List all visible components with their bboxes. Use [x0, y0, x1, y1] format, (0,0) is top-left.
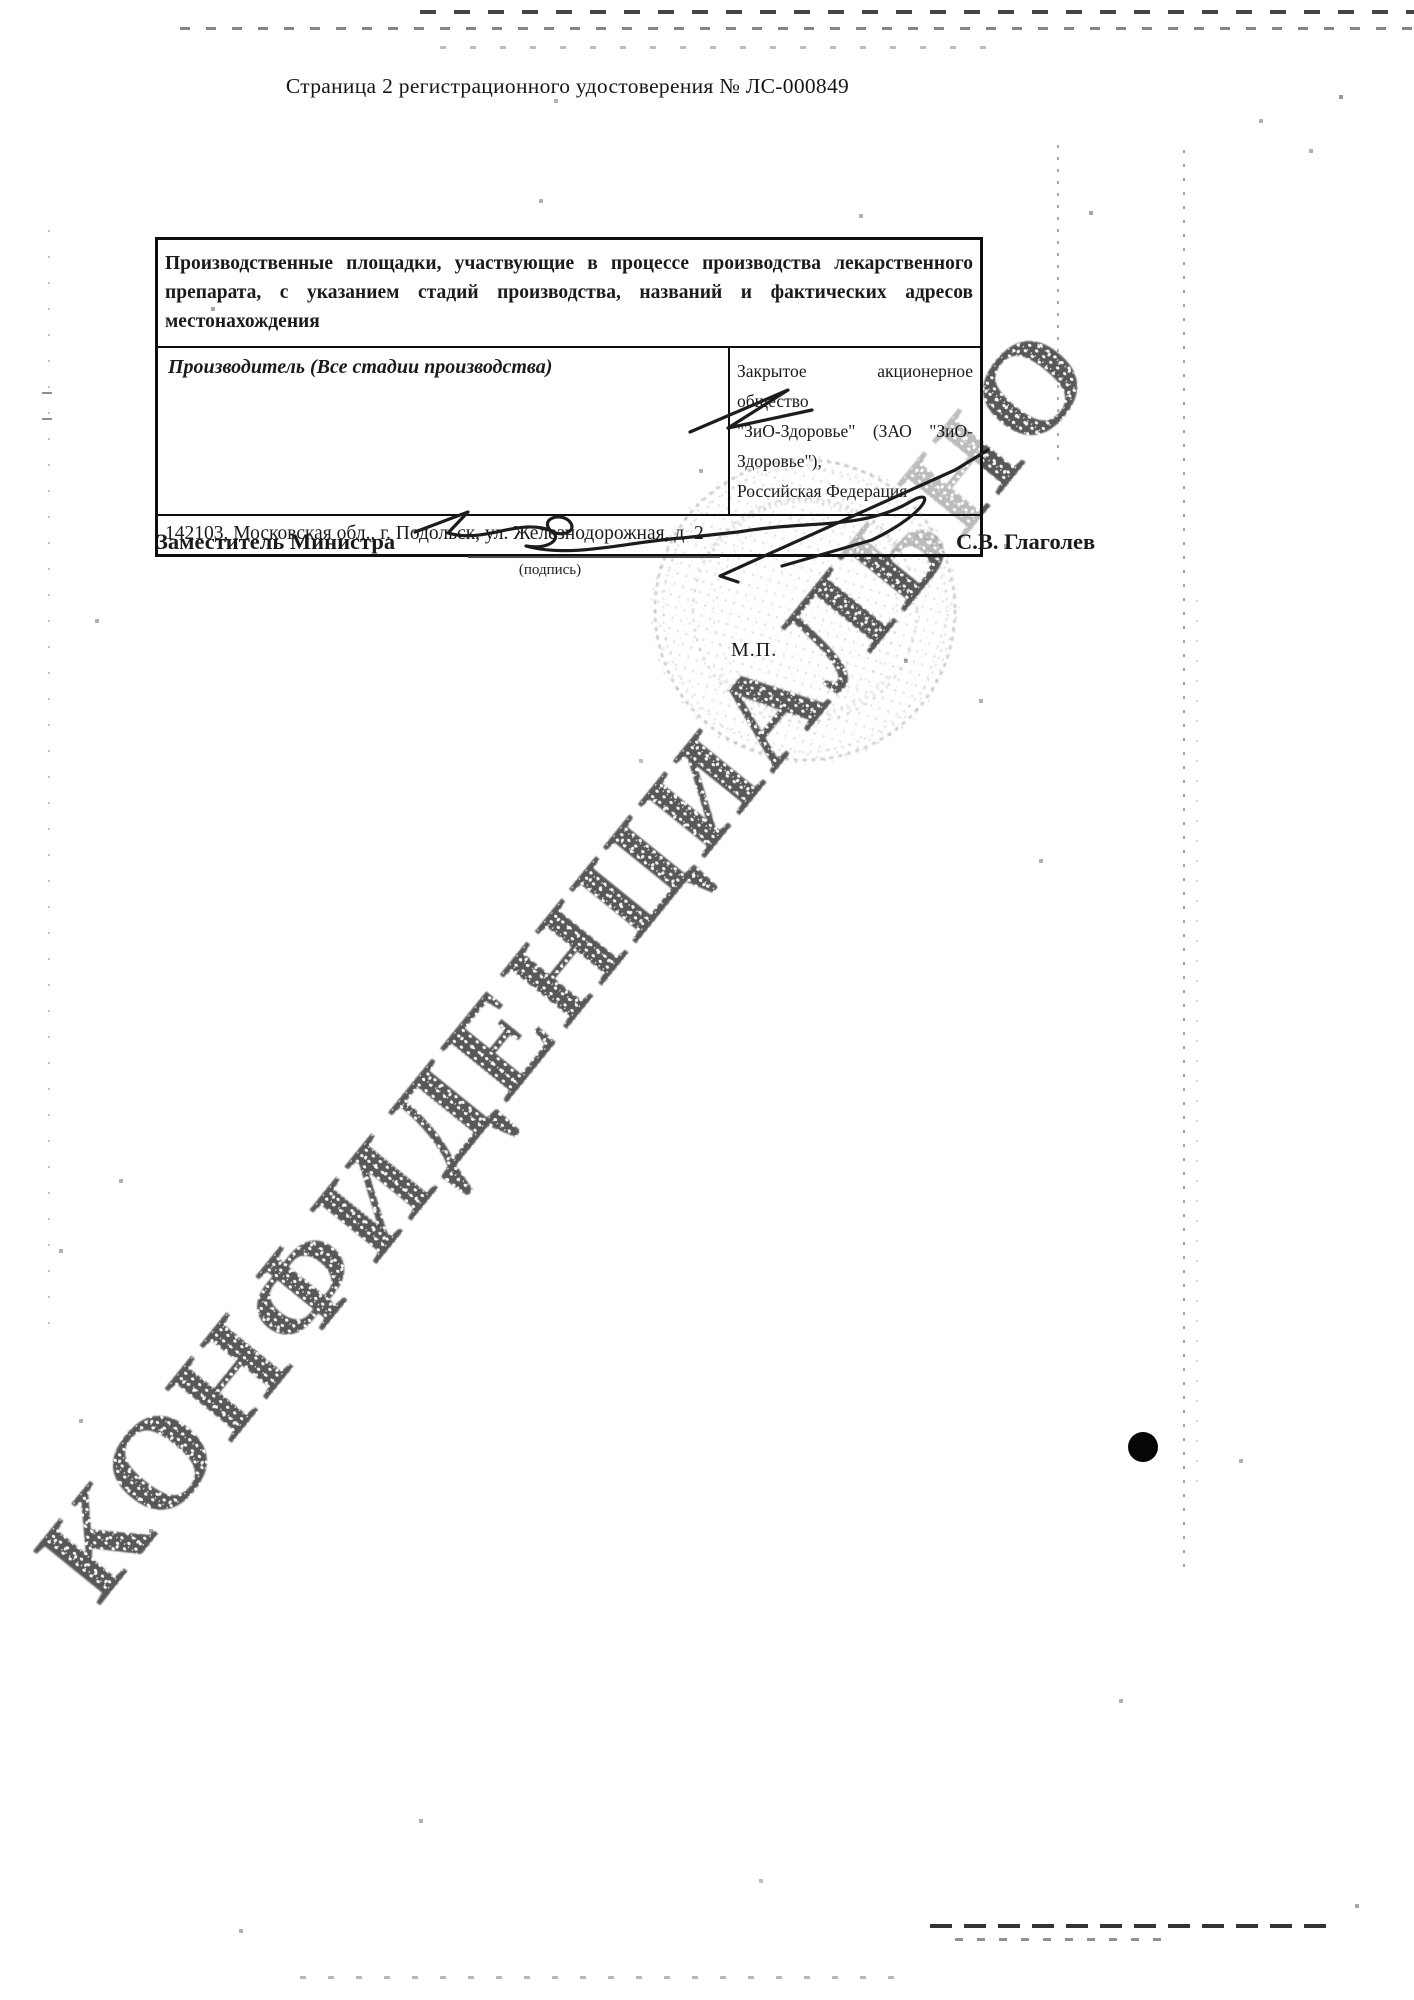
- scan-noise-inner-vertical: [1057, 145, 1059, 465]
- document-page: Страница 2 регистрационного удостоверени…: [0, 0, 1414, 2000]
- left-margin-tick-2: [42, 418, 52, 420]
- scan-noise-bottom-line-2: [955, 1938, 1165, 1941]
- scan-noise-right-margin: [1183, 150, 1185, 1570]
- scan-noise-bottom-line-3: [300, 1976, 900, 1979]
- signature-underline: [468, 556, 720, 558]
- signature-caption: (подпись): [430, 562, 670, 579]
- scan-noise-left-margin: [48, 230, 50, 1330]
- scan-noise-speckles: [0, 0, 2, 2]
- deputy-minister-title: Заместитель Министра: [156, 529, 395, 555]
- scan-noise-top-line-1: [420, 10, 1414, 14]
- signee-name: С.В. Глаголев: [956, 529, 1095, 555]
- table-header-line-1: Производственные площадки, участвующие в…: [165, 249, 973, 278]
- scan-noise-top-line-3: [440, 46, 1000, 49]
- table-header-line-2: препарата, с указанием стадий производст…: [165, 278, 973, 307]
- black-dot-marker: [1128, 1432, 1158, 1462]
- scan-noise-bottom-line-1: [930, 1924, 1330, 1928]
- scan-noise-right-margin-2: [1196, 600, 1198, 1500]
- table-header-line-3: местонахождения: [165, 307, 973, 336]
- left-margin-tick-1: [42, 392, 52, 394]
- table-header-cell: Производственные площадки, участвующие в…: [158, 240, 980, 348]
- seal-placeholder-label: М.П.: [731, 639, 777, 662]
- page-header-title: Страница 2 регистрационного удостоверени…: [155, 74, 980, 99]
- scan-noise-top-line-2: [180, 27, 1414, 30]
